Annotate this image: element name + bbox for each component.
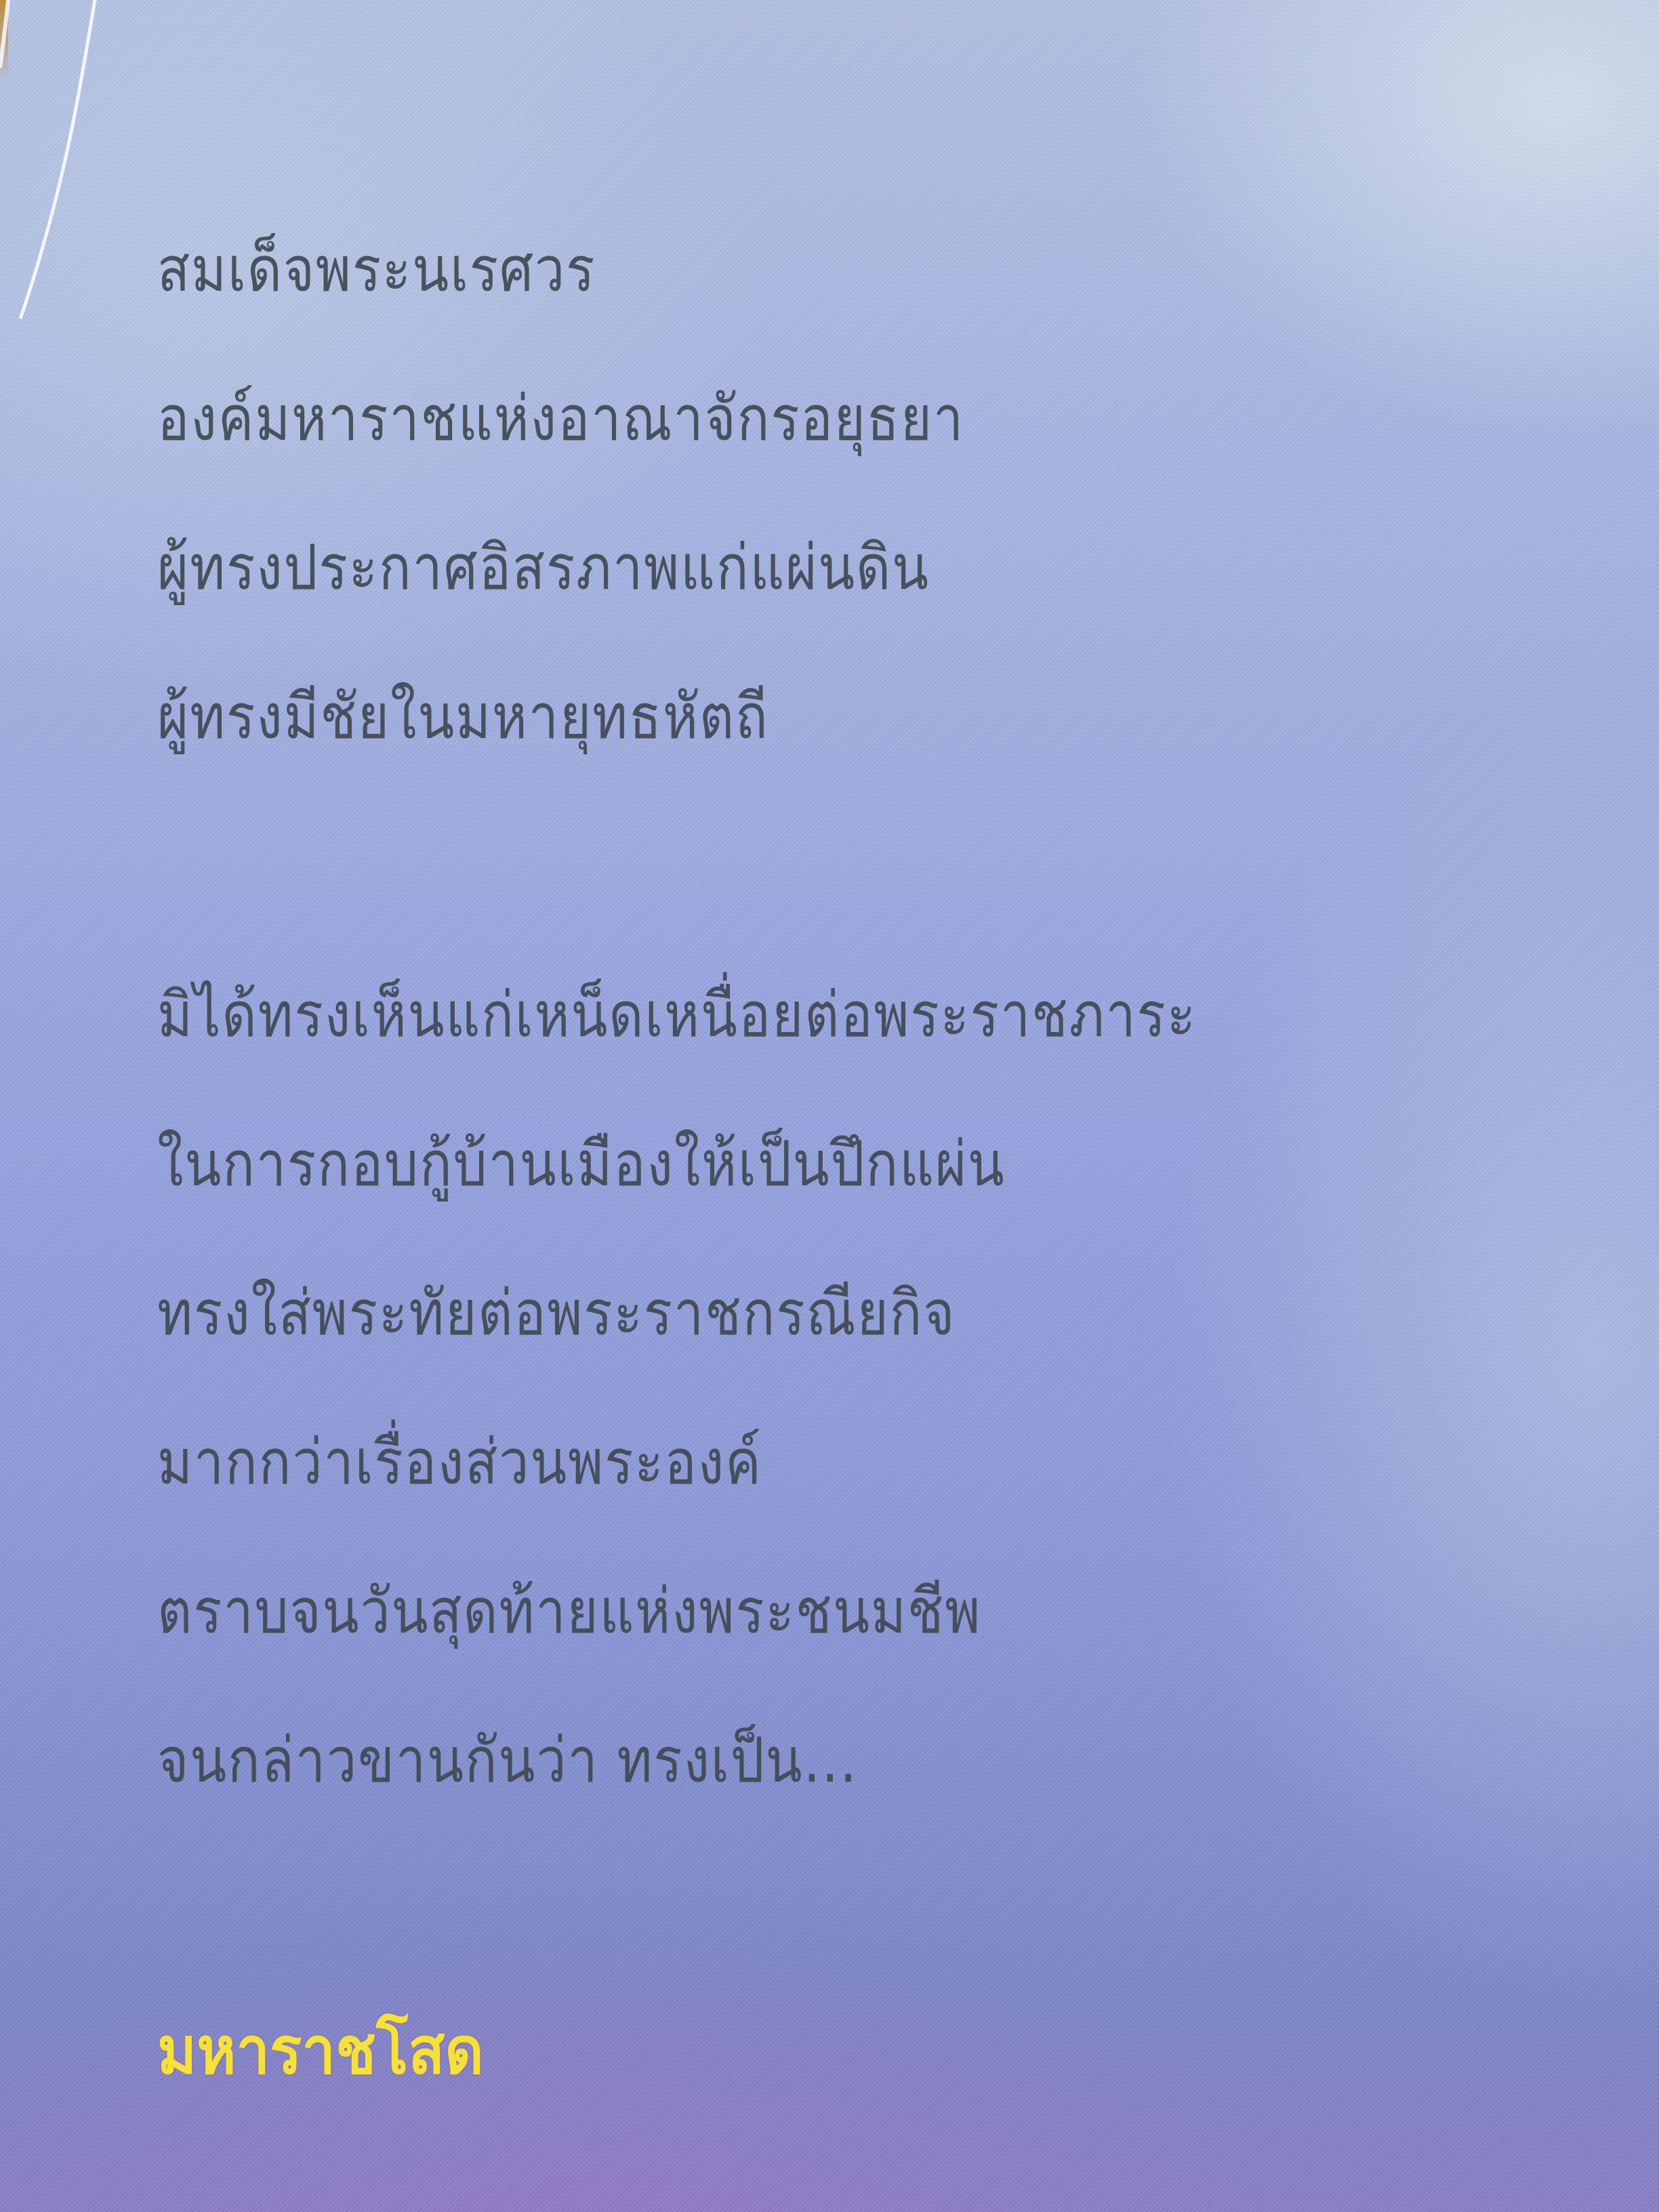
- blurb-line: ทรงใส่พระทัยต่อพระราชกรณียกิจ: [157, 1282, 956, 1345]
- blurb-line: ผู้ทรงประกาศอิสรภาพแก่แผ่นดิน: [157, 537, 930, 599]
- blurb-line: สมเด็จพระนเรศวร: [157, 239, 596, 301]
- blurb-line: องค์มหาราชแห่งอาณาจักรอยุธยา: [157, 388, 964, 450]
- blurb-line: ในการกอบกู้บ้านเมืองให้เป็นปึกแผ่น: [157, 1133, 1006, 1195]
- blurb-line: มากกว่าเรื่องส่วนพระองค์: [157, 1431, 762, 1494]
- blurb-line: ตราบจนวันสุดท้ายแห่งพระชนมชีพ: [157, 1580, 981, 1643]
- book-back-cover: [0, 0, 1659, 2212]
- book-title: มหาราชโสด: [157, 2018, 484, 2083]
- blurb-line: มิได้ทรงเห็นแก่เหน็ดเหนื่อยต่อพระราชภาระ: [157, 984, 1197, 1046]
- blurb-line: จนกล่าวขานกันว่า ทรงเป็น...: [157, 1729, 858, 1792]
- cover-edge: [0, 0, 8, 81]
- blurb-line: ผู้ทรงมีชัยในมหายุทธหัตถี: [157, 686, 769, 748]
